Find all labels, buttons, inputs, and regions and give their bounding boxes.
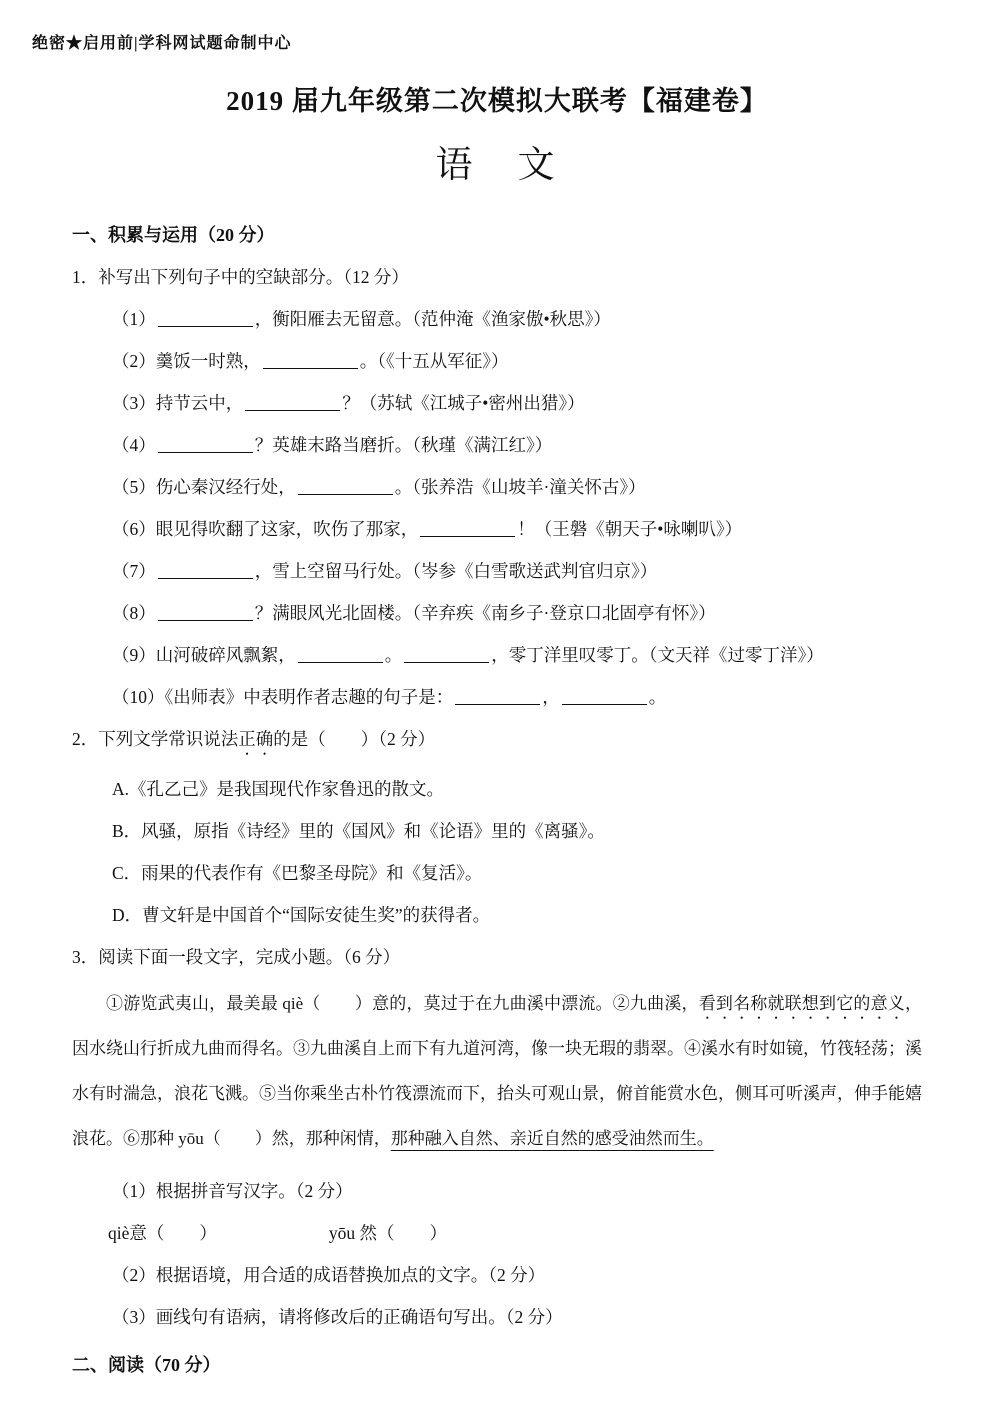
text-run: ，因水绕山行折成九曲而得名。③九曲溪自上而下有九道河湾，像一块无瑕的翡翠。④溪水… bbox=[72, 994, 922, 1148]
fill-in-item: （8）？满眼风光北固楼。（辛弃疾《南乡子·登京口北固亭有怀》） bbox=[72, 602, 922, 625]
subject-title: 语 文 bbox=[72, 134, 922, 188]
choice-option: B．风骚，原指《诗经》里的《国风》和《论语》里的《离骚》。 bbox=[112, 820, 922, 843]
text-run: ，衡阳雁去无留意。（范仲淹《渔家傲•秋思》） bbox=[255, 309, 611, 329]
text-run: 。（张养浩《山坡羊·潼关怀古》） bbox=[395, 477, 646, 497]
section-two-heading: 二、阅读（70 分） bbox=[72, 1351, 922, 1377]
pinyin-qie-blank: qiè意（ ） bbox=[108, 1223, 217, 1243]
classification-header: 绝密★启用前|学科网试题命制中心 bbox=[32, 30, 922, 53]
text-run: （1） bbox=[112, 309, 156, 329]
emphasized-text: 正确 bbox=[238, 729, 273, 749]
question-3-sub3: （3）画线句有语病，请将修改后的正确语句写出。（2 分） bbox=[72, 1306, 922, 1329]
text-run: ， bbox=[542, 687, 560, 707]
question-3-sub2: （2）根据语境，用合适的成语替换加点的文字。（2 分） bbox=[72, 1264, 922, 1287]
reading-passage: ①游览武夷山，最美最 qiè（ ）意的，莫过于在九曲溪中漂流。②九曲溪，看到名称… bbox=[72, 981, 922, 1161]
fill-in-item: （6）眼见得吹翻了这家，吹伤了那家，！（王磐《朝天子•咏喇叭》） bbox=[72, 518, 922, 541]
fill-in-item: （9）山河破碎风飘絮，。，零丁洋里叹零丁。（文天祥《过零丁洋》） bbox=[72, 644, 922, 667]
text-run: ，雪上空留马行处。（岑参《白雪歌送武判官归京》） bbox=[255, 561, 658, 581]
section-one-heading: 一、积累与运用（20 分） bbox=[72, 221, 922, 247]
text-run: ？英雄末路当磨折。（秋瑾《满江红》） bbox=[255, 435, 553, 455]
text-run: （9）山河破碎风飘絮， bbox=[112, 645, 296, 665]
text-run: ？满眼风光北固楼。（辛弃疾《南乡子·登京口北固亭有怀》） bbox=[255, 603, 716, 623]
fill-in-item: （5）伤心秦汉经行处，。（张养浩《山坡羊·潼关怀古》） bbox=[72, 476, 922, 499]
underlined-sentence: 那种融入自然、亲近自然的感受油然而生。 bbox=[391, 1129, 714, 1148]
text-run: 。 bbox=[649, 687, 667, 707]
text-run: （4） bbox=[112, 435, 156, 455]
answer-blank bbox=[298, 645, 383, 664]
question-2-stem: 2．下列文学常识说法正确的是（ ）（2 分） bbox=[72, 728, 922, 759]
text-run: （6）眼见得吹翻了这家，吹伤了那家， bbox=[112, 519, 418, 539]
fill-in-item: （2）羹饭一时熟，。（《十五从军征》） bbox=[72, 350, 922, 373]
text-run: ①游览武夷山，最美最 qiè（ ）意的，莫过于在九曲溪中漂流。②九曲溪， bbox=[106, 994, 699, 1013]
text-run: 。（《十五从军征》） bbox=[360, 351, 509, 371]
text-run: （7） bbox=[112, 561, 156, 581]
answer-blank bbox=[263, 351, 358, 370]
choice-option: D．曹文轩是中国首个“国际安徒生奖”的获得者。 bbox=[112, 904, 922, 927]
exam-title: 2019 届九年级第二次模拟大联考【福建卷】 bbox=[72, 79, 922, 118]
text-run: ，零丁洋里叹零丁。（文天祥《过零丁洋》） bbox=[491, 645, 824, 665]
answer-blank bbox=[158, 603, 253, 622]
fill-in-item: （3）持节云中，？（苏轼《江城子•密州出猎》） bbox=[72, 392, 922, 415]
pinyin-you-blank: yōu 然（ ） bbox=[329, 1223, 447, 1243]
text-run: 。 bbox=[385, 645, 403, 665]
text-run: 2．下列文学常识说法 bbox=[72, 729, 238, 749]
answer-blank bbox=[158, 561, 253, 580]
text-run: （8） bbox=[112, 603, 156, 623]
text-run: ？（苏轼《江城子•密州出猎》） bbox=[342, 393, 584, 413]
text-run: （3）持节云中， bbox=[112, 393, 243, 413]
emphasized-text: 看到名称就联想到它的意义 bbox=[699, 994, 905, 1013]
question-1-items: （1），衡阳雁去无留意。（范仲淹《渔家傲•秋思》）（2）羹饭一时熟，。（《十五从… bbox=[72, 308, 922, 709]
answer-blank bbox=[562, 687, 647, 706]
answer-blank bbox=[298, 477, 393, 496]
question-2-choices: A.《孔乙己》是我国现代作家鲁迅的散文。B．风骚，原指《诗经》里的《国风》和《论… bbox=[72, 778, 922, 927]
fill-in-item: （1），衡阳雁去无留意。（范仲淹《渔家傲•秋思》） bbox=[72, 308, 922, 331]
fill-in-item: （7），雪上空留马行处。（岑参《白雪歌送武判官归京》） bbox=[72, 560, 922, 583]
choice-option: C．雨果的代表作有《巴黎圣母院》和《复活》。 bbox=[112, 862, 922, 885]
fill-in-item: （10）《出师表》中表明作者志趣的句子是：，。 bbox=[72, 686, 922, 709]
exam-paper-page: 绝密★启用前|学科网试题命制中心 2019 届九年级第二次模拟大联考【福建卷】 … bbox=[0, 0, 992, 1403]
answer-blank bbox=[455, 687, 540, 706]
pinyin-answer-line: qiè意（ ）yōu 然（ ） bbox=[72, 1222, 922, 1245]
text-run: （2）羹饭一时熟， bbox=[112, 351, 261, 371]
answer-blank bbox=[404, 645, 489, 664]
fill-in-item: （4）？英雄末路当磨折。（秋瑾《满江红》） bbox=[72, 434, 922, 457]
answer-blank bbox=[158, 309, 253, 328]
text-run: 的是（ ）（2 分） bbox=[273, 729, 435, 749]
text-run: （5）伤心秦汉经行处， bbox=[112, 477, 296, 497]
answer-blank bbox=[420, 519, 515, 538]
question-3-sub1: （1）根据拼音写汉字。（2 分） bbox=[72, 1180, 922, 1203]
choice-option: A.《孔乙己》是我国现代作家鲁迅的散文。 bbox=[112, 778, 922, 801]
text-run: （10）《出师表》中表明作者志趣的句子是： bbox=[112, 687, 453, 707]
question-1-stem: 1．补写出下列句子中的空缺部分。（12 分） bbox=[72, 266, 922, 289]
answer-blank bbox=[245, 393, 340, 412]
answer-blank bbox=[158, 435, 253, 454]
text-run: ！（王磐《朝天子•咏喇叭》） bbox=[517, 519, 742, 539]
question-3-stem: 3．阅读下面一段文字，完成小题。（6 分） bbox=[72, 946, 922, 969]
